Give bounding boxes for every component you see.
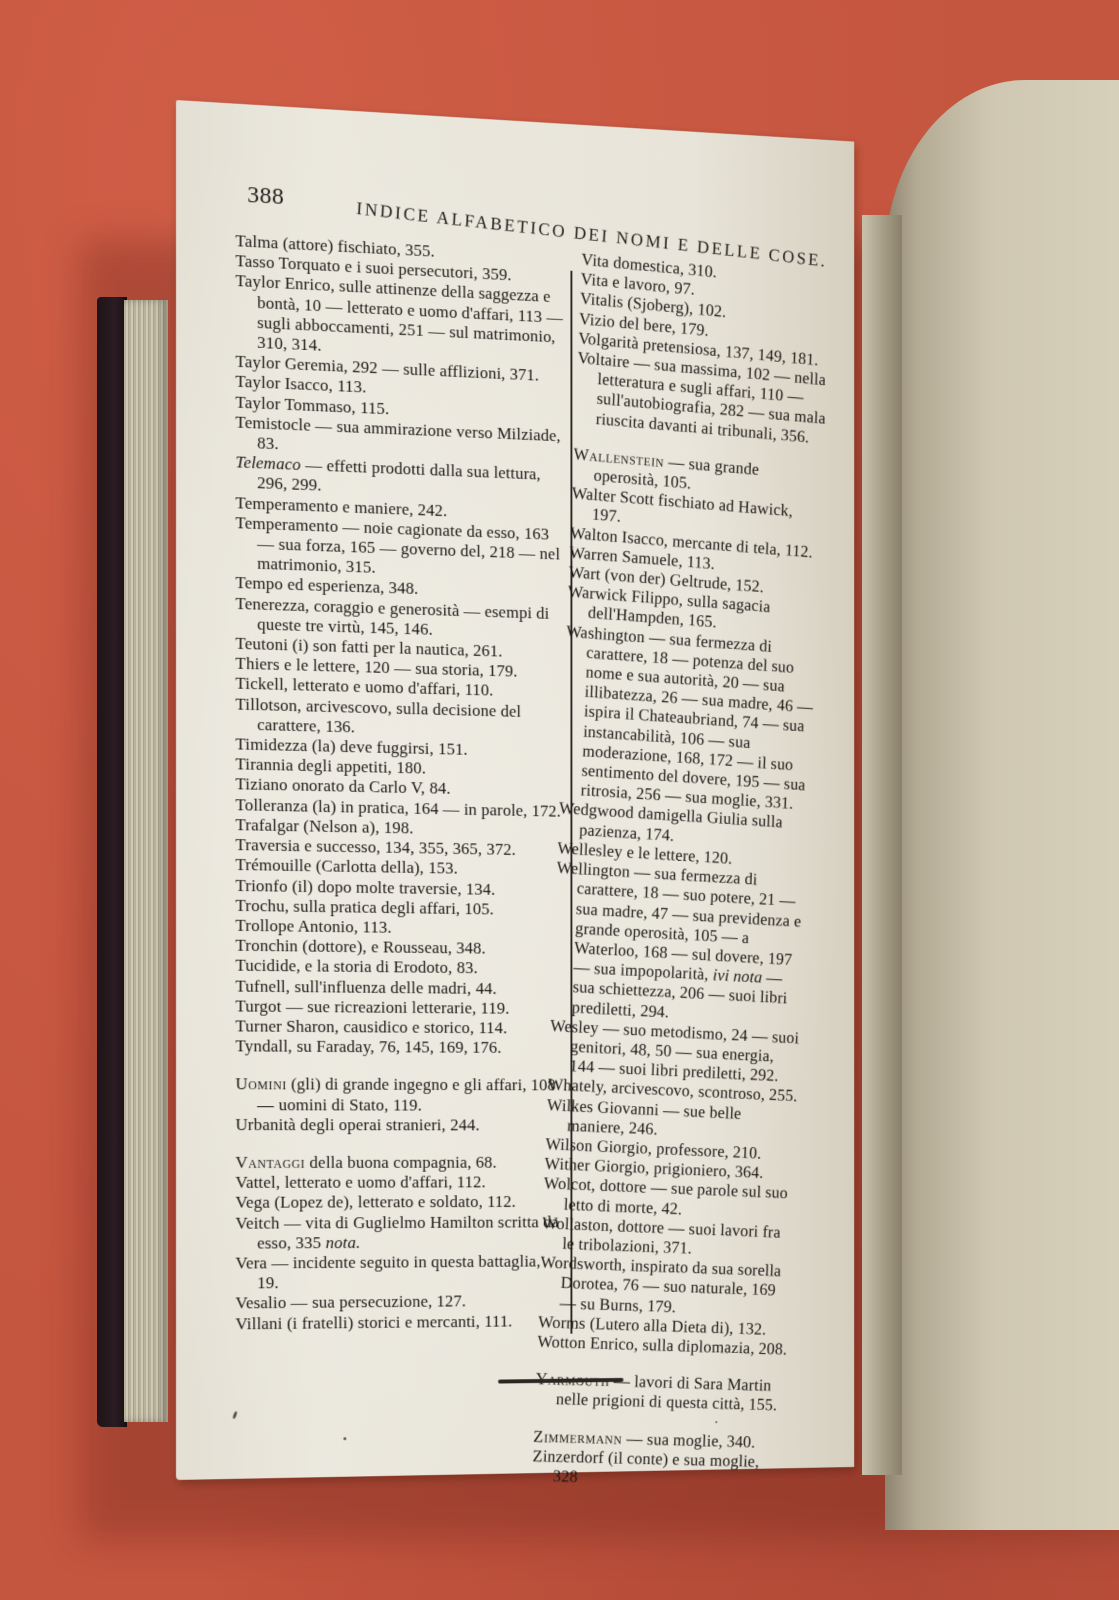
entry-text: Turgot — sue ricreazioni letterarie, 119… (235, 996, 509, 1017)
entry-text: Washington — sua fermezza di carattere, … (566, 622, 814, 813)
index-entry: Wordsworth, inspirato da sua sorella Dor… (539, 1253, 793, 1321)
entry-text: Urbanità degli operai stranieri, 244. (235, 1115, 479, 1134)
entry-text: Trémouille (Carlotta della), 153. (235, 855, 457, 878)
index-entry: Vattel, letterato e uomo d'affari, 112. (235, 1173, 564, 1194)
index-entry: Washington — sua fermezza di carattere, … (559, 622, 817, 815)
entry-note: ivi nota (708, 965, 762, 986)
entry-text: Trollope Antonio, 113. (235, 916, 391, 937)
entry-text: Tyndall, su Faraday, 76, 145, 169, 176. (235, 1037, 501, 1057)
entry-text: Tufnell, sull'influenza delle madri, 44. (235, 976, 496, 997)
entry-text: Tillotson, arcivescovo, sulla decisione … (235, 694, 521, 736)
entry-text: — sua moglie, 340. (622, 1429, 756, 1451)
book-page-edges (124, 300, 168, 1422)
index-entry: Zinzerdorf (il conte) e sua moglie, 328 (531, 1446, 784, 1491)
index-entry: Vega (Lopez de), letterato e soldato, 11… (235, 1192, 564, 1213)
entry-text: Wellington — sua fermezza di carattere, … (556, 858, 801, 984)
entry-note: nota. (321, 1233, 360, 1252)
entry-text: Trafalgar (Nelson a), 198. (235, 815, 413, 837)
entry-headword: Zimmermann (533, 1427, 623, 1448)
entry-text: Tucidide, e la storia di Erodoto, 83. (235, 956, 477, 977)
entry-text: Trionfo (il) dopo molte traversie, 134. (235, 875, 495, 898)
entry-headword: Uomini (235, 1075, 286, 1094)
index-entry: Urbanità degli operai stranieri, 244. (235, 1115, 564, 1135)
index-entry: Turner Sharon, causidico e storico, 114. (235, 1016, 564, 1038)
section-gap (235, 1057, 564, 1076)
entry-text: (gli) di grande ingegno e gli affari, 10… (257, 1075, 556, 1114)
index-entry: Temperamento — noie cagionate da esso, 1… (235, 513, 564, 585)
book-cover-spine (97, 297, 127, 1427)
page-number: 388 (247, 182, 284, 211)
entry-text: Vera — incidente seguito in questa batta… (235, 1252, 540, 1293)
entry-text: Tirannia degli appetiti, 180. (235, 755, 426, 778)
book-gutter (862, 215, 902, 1475)
index-entry: Turgot — sue ricreazioni letterarie, 119… (235, 996, 564, 1019)
entry-headword: Telemaco (235, 453, 300, 475)
index-page: 388 INDICE ALFABETICO DEI NOMI E DELLE C… (176, 100, 854, 1480)
entry-text: Wesley — suo metodismo, 24 — suoi genito… (550, 1016, 800, 1085)
index-entry: Villani (i fratelli) storici e mercanti,… (235, 1311, 564, 1334)
entry-text: Trochu, sulla pratica degli affari, 105. (235, 896, 493, 919)
index-column-right: Vita domestica, 310.Vita e lavoro, 97.Vi… (531, 250, 831, 1492)
entry-text: Veitch — vita di Guglielmo Hamilton scri… (235, 1212, 558, 1252)
entry-text: Vattel, letterato e uomo d'affari, 112. (235, 1173, 485, 1192)
paper-specks (176, 100, 854, 142)
facing-page (885, 80, 1119, 1530)
index-entry: Wellington — sua fermezza di carattere, … (551, 858, 808, 1029)
index-entry: Tyndall, su Faraday, 76, 145, 169, 176. (235, 1037, 564, 1059)
entry-text: Vega (Lopez de), letterato e soldato, 11… (235, 1192, 515, 1212)
entry-text: Turner Sharon, causidico e storico, 114. (235, 1016, 507, 1037)
index-entry: Vantaggi della buona compagnia, 68. (235, 1153, 564, 1173)
entry-text: Villani (i fratelli) storici e mercanti,… (235, 1311, 512, 1333)
entry-text: della buona compagnia, 68. (305, 1153, 497, 1172)
index-entry: Yarmouth — lavori di Sara Martin nelle p… (535, 1369, 788, 1415)
entry-text: Tronchin (dottore), e Rousseau, 348. (235, 936, 485, 958)
index-entry: Veitch — vita di Guglielmo Hamilton scri… (235, 1212, 564, 1253)
section-gap (235, 1135, 564, 1153)
index-entry: Taylor Enrico, sulle attinenze della sag… (235, 271, 564, 367)
index-entry: Uomini (gli) di grande ingegno e gli aff… (235, 1075, 564, 1116)
entry-text: Vesalio — sua persecuzione, 127. (235, 1292, 466, 1313)
entry-text: Zinzerdorf (il conte) e sua moglie, 328 (532, 1446, 759, 1485)
entry-text: Temperamento — noie cagionate da esso, 1… (235, 513, 560, 577)
entry-text: Wordsworth, inspirato da sua sorella Dor… (540, 1253, 781, 1316)
entry-headword: Vantaggi (235, 1153, 305, 1172)
index-entry: Vera — incidente seguito in questa batta… (235, 1252, 564, 1294)
index-column-left: Talma (attore) fischiato, 355.Tasso Torq… (235, 231, 564, 1334)
